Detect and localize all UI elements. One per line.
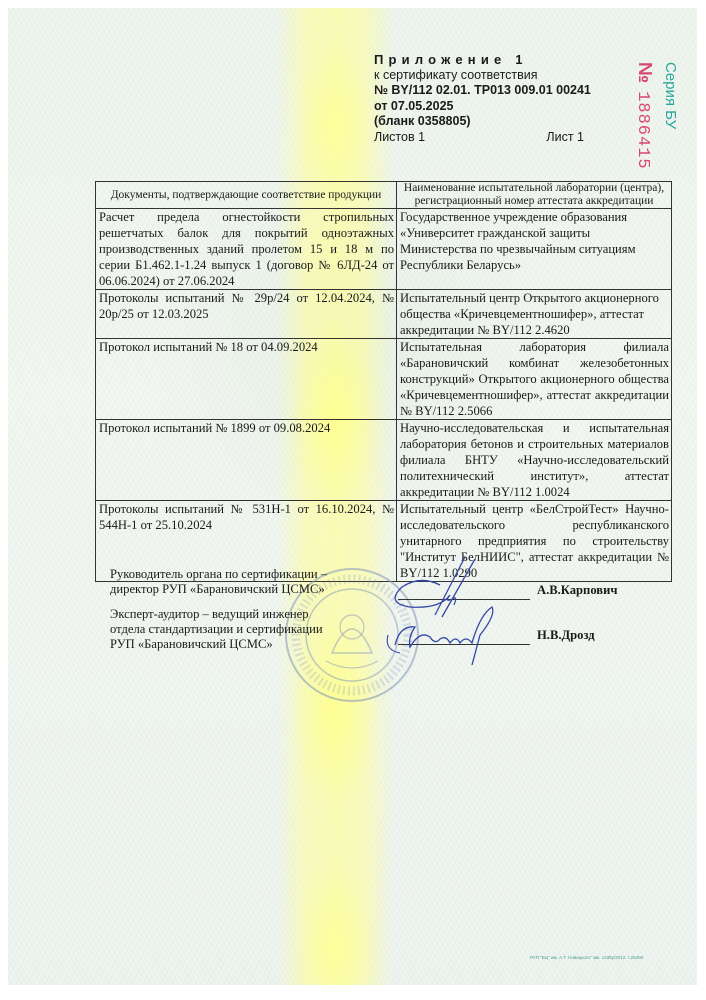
laboratory-cell: Научно-исследовательская и испытательная… [397,420,672,501]
handwritten-signature-icon [380,555,510,675]
document-cell: Расчет предела огнестойкости стропильных… [96,209,397,290]
laboratory-cell: Испытательный центр Открытого акционерно… [397,290,672,339]
documents-table: Документы, подтверждающие соответствие п… [95,181,672,582]
appendix-subtitle: к сертификату соответствия [374,68,619,84]
series-label: Серия БУ [662,62,679,129]
signatory-role: Эксперт-аудитор – ведущий инженер [110,607,323,622]
signature-block-head: Руководитель органа по сертификации – ди… [110,567,327,597]
signatory-role: РУП «Барановичский ЦСМС» [110,637,323,652]
blank-number: (бланк 0358805) [374,114,619,130]
column-header-documents: Документы, подтверждающие соответствие п… [96,182,397,209]
laboratory-cell: Испытательная лаборатория филиала «Баран… [397,339,672,420]
document-cell: Протокол испытаний № 18 от 04.09.2024 [96,339,397,420]
appendix-title: Приложение 1 [374,52,619,68]
sheet-current: Лист 1 [546,130,584,146]
table-row: Расчет предела огнестойкости стропильных… [96,209,672,290]
sheets-total: Листов 1 [374,130,425,146]
signatory-role: директор РУП «Барановичский ЦСМС» [110,582,327,597]
sheet-info: Листов 1 Лист 1 [374,130,619,146]
certificate-date: от 07.05.2025 [374,99,619,115]
table-row: Протоколы испытаний № 29р/24 от 12.04.20… [96,290,672,339]
signatory-name: Н.В.Дрозд [537,628,595,643]
document-cell: Протоколы испытаний № 29р/24 от 12.04.20… [96,290,397,339]
certificate-number: № BY/112 02.01. ТР013 009.01 00241 [374,83,619,99]
signatory-role: отдела стандартизации и сертификации [110,622,323,637]
table-row: Протокол испытаний № 1899 от 09.08.2024 … [96,420,672,501]
table-row: Протокол испытаний № 18 от 04.09.2024 Ис… [96,339,672,420]
serial-number: №1886415 [633,62,655,170]
appendix-header: Приложение 1 к сертификату соответствия … [374,52,619,145]
column-header-laboratory: Наименование испытательной лаборатории (… [397,182,672,209]
signatory-name: А.В.Карпович [537,583,617,598]
signatory-role: Руководитель органа по сертификации – [110,567,327,582]
signature-block-expert: Эксперт-аудитор – ведущий инженер отдела… [110,607,323,652]
print-info: РУП "БЦ" им. А.Т. Новицкого" зак. 1435у/… [530,955,643,960]
laboratory-cell: Государственное учреждение образования «… [397,209,672,290]
table-header-row: Документы, подтверждающие соответствие п… [96,182,672,209]
number-sign: № [634,62,655,83]
document-cell: Протокол испытаний № 1899 от 09.08.2024 [96,420,397,501]
